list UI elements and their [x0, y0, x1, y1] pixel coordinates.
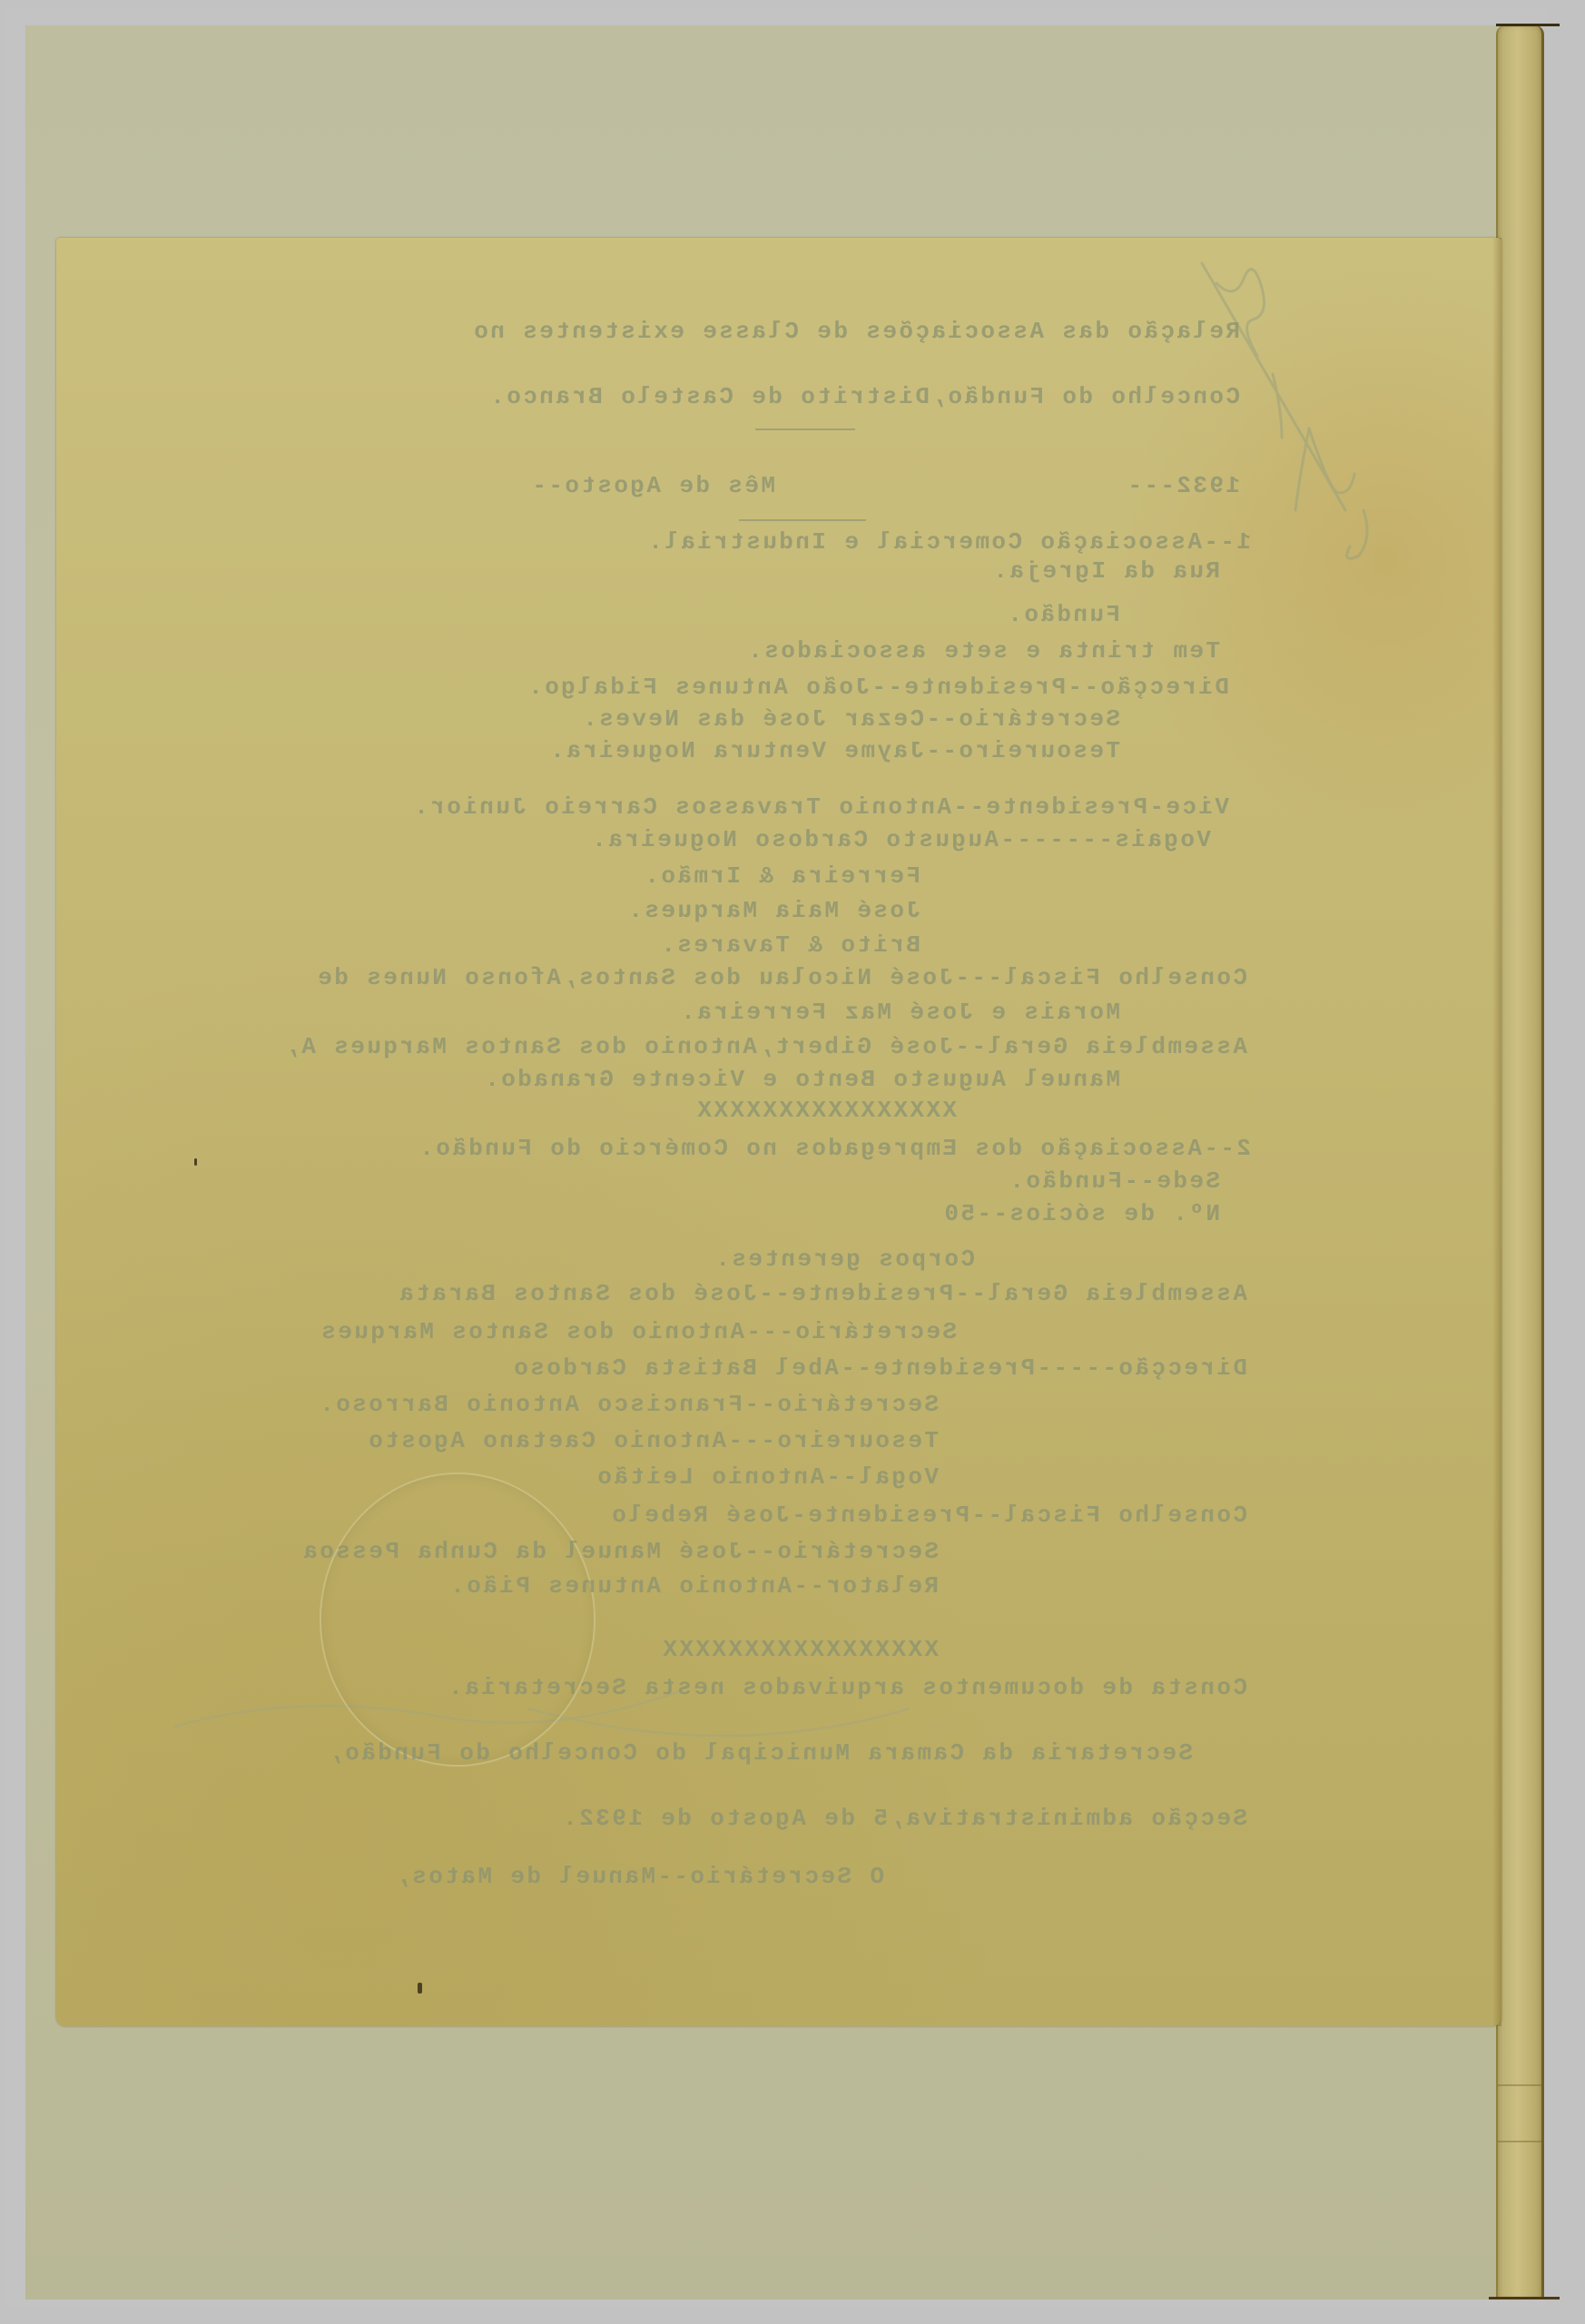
entry-line: Assembleia Geral--Presidente--José dos S… — [398, 1280, 1247, 1307]
entry-line: Secretário--Francisco Antonio Barroso. — [318, 1391, 939, 1418]
month-label: Mês de Agosto-- — [530, 472, 775, 499]
title-rule — [755, 428, 855, 430]
entry-line: Secretário---Antonio dos Santos Marques — [320, 1318, 957, 1345]
header-rule — [739, 519, 866, 521]
title-line-2: Concelho do Fundão,Distrito de Castelo B… — [488, 383, 1240, 410]
year-label: 1932--- — [1126, 472, 1240, 499]
entry-line: Tesoureiro--Jayme Ventura Nogueira. — [548, 737, 1120, 764]
entry-line: Vogais-------Augusto Cardoso Nogueira. — [590, 826, 1211, 853]
strip-crease — [1498, 2084, 1541, 2086]
entry-line: Fundão. — [1006, 601, 1120, 628]
entry-line: Direcção-----Presidente--Abel Batista Ca… — [512, 1354, 1247, 1382]
footer-note: Consta de documentos arquivados nesta Se… — [447, 1674, 1247, 1701]
entry-line: Sede--Fundão. — [1008, 1167, 1220, 1195]
bleed-through-text: Relação das Associações de Classe existe… — [56, 238, 1501, 2026]
entry-line: Brito & Tavares. — [659, 931, 920, 959]
entry-line: Conselho Fiscal---José Nicolau dos Santo… — [316, 964, 1247, 991]
entry-line: Secretário--José Manuel da Cunha Pessoa — [301, 1538, 939, 1565]
entry-line: Morais e José Maz Ferreira. — [679, 999, 1120, 1026]
separator-line: XXXXXXXXXXXXXXXXX — [661, 1636, 939, 1663]
entry-line: Relator--Antonio Antunes Pião. — [448, 1572, 939, 1600]
title-line-1: Relação das Associações de Classe existe… — [472, 318, 1240, 345]
separator-line: XXXXXXXXXXXXXXXX — [695, 1097, 957, 1124]
entry-line: Secretário--Cezar José das Neves. — [581, 705, 1120, 733]
entry-line: Vice-Presidente--Antonio Travassos Carre… — [412, 793, 1229, 821]
binding-strip — [1496, 25, 1544, 2299]
footer-office: Secretaria da Camara Municipal do Concel… — [327, 1739, 1193, 1767]
strip-crease — [1498, 2141, 1541, 2142]
entry-line: Direcção--Presidente--João Antunes Fidal… — [527, 674, 1229, 701]
entry-line: Nº. de sócios--50 — [942, 1200, 1220, 1227]
entry-line: 1--Associação Comercial e Industrial. — [646, 528, 1251, 556]
entry-line: Assembleia Geral--José Gibert,Antonio do… — [283, 1033, 1247, 1060]
entry-line: Ferreira & Irmão. — [643, 862, 920, 890]
entry-line: Vogal--Antonio Leitão — [596, 1463, 939, 1491]
entry-line: Corpos gerentes. — [714, 1246, 975, 1273]
entry-line: Manuel Augusto Bento e Vicente Granado. — [483, 1066, 1120, 1093]
strip-edge — [1496, 24, 1560, 26]
entry-line: Tesoureiro---Antonio Caetano Agosto — [367, 1427, 939, 1454]
entry-line: Rua da Igreja. — [991, 557, 1220, 585]
entry-line: 2--Associação dos Empregados no Comércio… — [418, 1135, 1251, 1162]
strip-edge — [1489, 2297, 1560, 2299]
document-page: Relação das Associações de Classe existe… — [56, 238, 1501, 2026]
entry-line: Tem trinta e sete associados. — [746, 637, 1220, 665]
footer-signature: O Secretário--Manuel de Matos, — [394, 1863, 884, 1890]
entry-line: José Maia Marques. — [626, 897, 920, 924]
footer-place-date: Secção administrativa,5 de Agosto de 193… — [561, 1805, 1247, 1832]
entry-line: Conselho Fiscal--Presidente-José Rebelo — [610, 1502, 1247, 1529]
